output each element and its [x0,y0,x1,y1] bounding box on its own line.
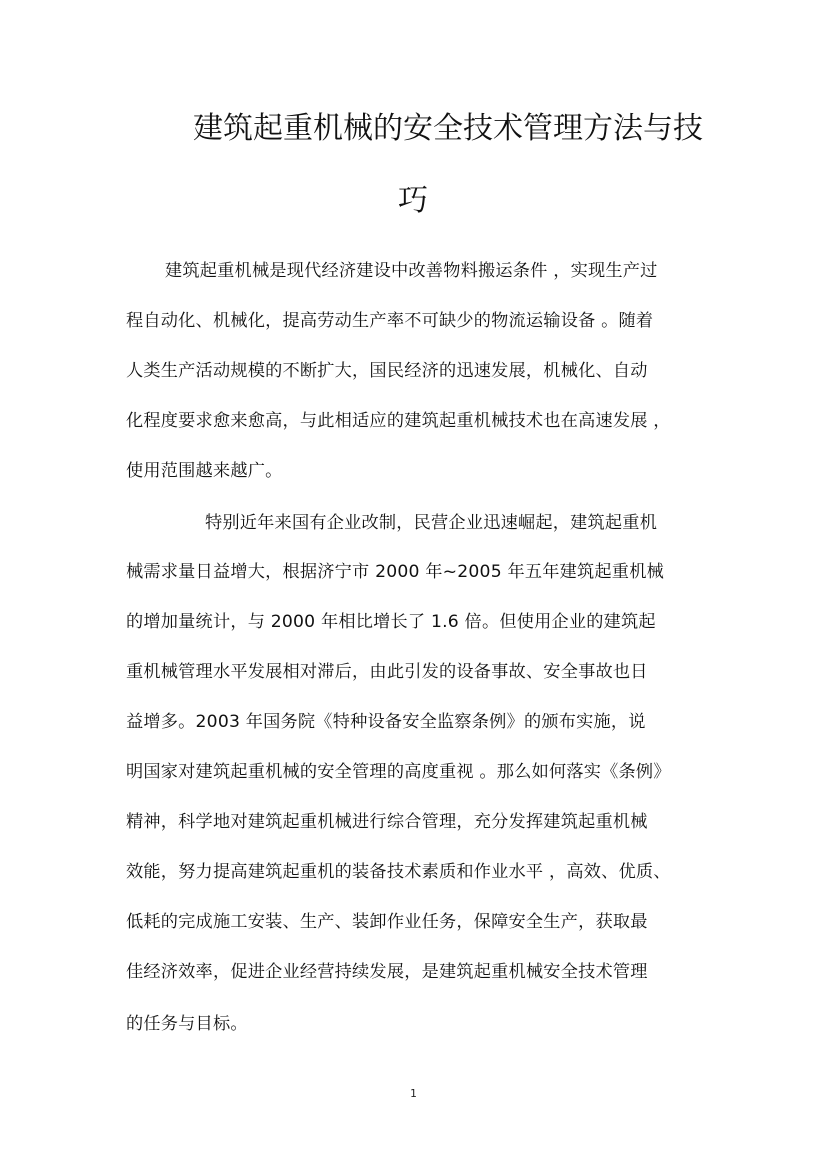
paragraph-line: 程自动化、机械化，提高劳动生产率不可缺少的物流运输设备 。随着 [126,306,653,331]
paragraph-line: 特别近年来国有企业改制，民营企业迅速崛起，建筑起重机 [205,508,657,533]
paragraph-line: 明国家对建筑起重机械的安全管理的高度重视 。那么如何落实《条例》 [126,757,671,782]
paragraph-line: 的任务与目标。 [126,1009,248,1034]
paragraph-line: 的增加量统计，与 2000 年相比增长了 1.6 倍。但使用企业的建筑起 [126,607,656,632]
paragraph-line: 化程度要求愈来愈高，与此相适应的建筑起重机械技术也在高速发展 ， [126,406,671,431]
page-number: 1 [410,1087,417,1100]
paragraph-line: 效能，努力提高建筑起重机的装备技术素质和作业水平 ，高效、优质、 [126,857,671,882]
paragraph-line: 人类生产活动规模的不断扩大，国民经济的迅速发展，机械化、自动 [126,356,648,381]
document-title-line-1: 建筑起重机械的安全技术管理方法与技 [193,103,703,147]
document-title-line-2: 巧 [398,175,428,219]
paragraph-line: 重机械管理水平发展相对滞后，由此引发的设备事故、安全事故也日 [126,657,648,682]
paragraph-line: 佳经济效率，促进企业经营持续发展，是建筑起重机械安全技术管理 [126,957,648,982]
document-page: 建筑起重机械的安全技术管理方法与技 巧 建筑起重机械是现代经济建设中改善物料搬运… [0,0,827,1170]
paragraph-line: 益增多。2003 年国务院《特种设备安全监察条例》的颁布实施，说 [126,707,646,732]
paragraph-line: 精神，科学地对建筑起重机械进行综合管理，充分发挥建筑起重机械 [126,807,648,832]
paragraph-line: 械需求量日益增大，根据济宁市 2000 年~2005 年五年建筑起重机械 [126,557,664,582]
paragraph-line: 使用范围越来越广。 [126,456,283,481]
paragraph-line: 建筑起重机械是现代经济建设中改善物料搬运条件 ，实现生产过 [165,256,658,281]
paragraph-line: 低耗的完成施工安装、生产、装卸作业任务，保障安全生产，获取最 [126,907,648,932]
